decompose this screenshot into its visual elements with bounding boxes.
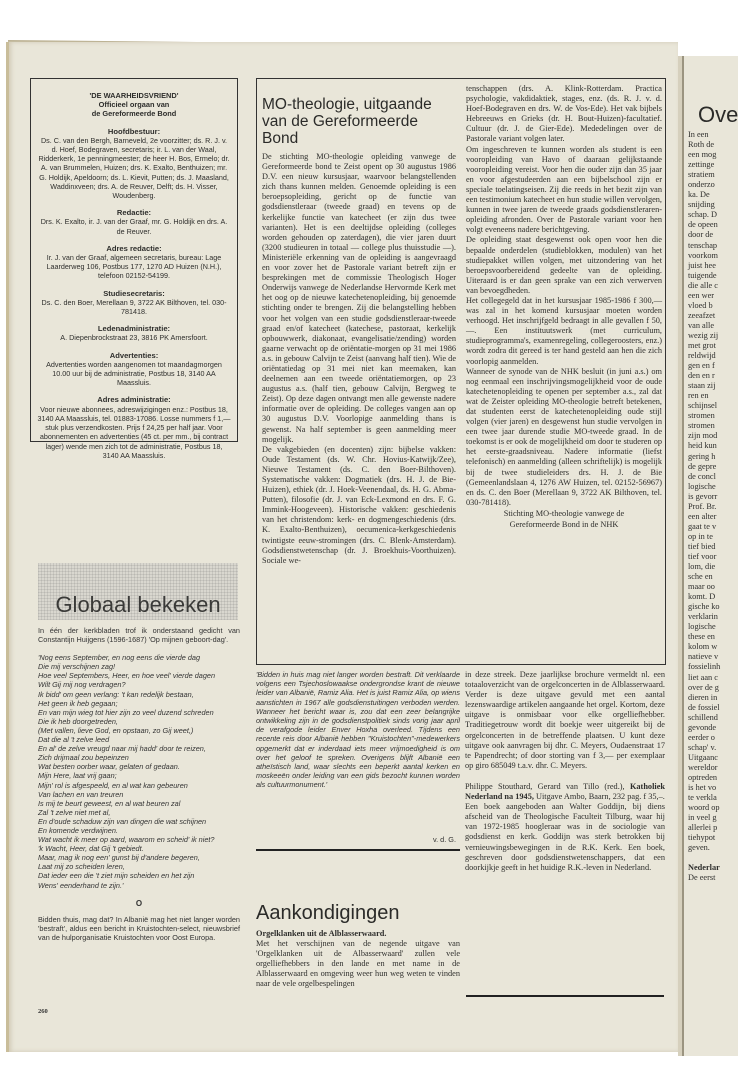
divider-rule — [466, 995, 664, 997]
text-line: gen en f — [688, 361, 738, 371]
globaal-bekeken-body: In één der kerkbladen trof ik onderstaan… — [38, 626, 240, 942]
mo-theologie-column-2: tenschappen (drs. A. Klink-Rotterdam. Pr… — [466, 84, 662, 530]
article-body: De stichting MO-theologie opleiding vanw… — [262, 152, 456, 566]
masthead-subtitle: Officieel orgaan van — [37, 100, 231, 109]
poem-line: Laat mij zo scheiden leren, — [38, 862, 240, 871]
text-line: juist hee — [688, 261, 738, 271]
masthead-section-studiesecretaris: Studiesecretaris: Ds. C. den Boer, Merel… — [37, 289, 231, 317]
poem: 'Nog eens September, en nog eens die vie… — [38, 653, 240, 889]
paragraph: Met het verschijnen van de negende uitga… — [256, 939, 460, 989]
text-line: zijn mod — [688, 431, 738, 441]
text-line: woord op — [688, 803, 738, 813]
text-line: in veel g — [688, 813, 738, 823]
text-line: ren en — [688, 391, 738, 401]
article-body: tenschappen (drs. A. Klink-Rotterdam. Pr… — [466, 84, 662, 530]
book-authors: Philippe Stouthard, Gerard van Tillo (re… — [465, 782, 630, 791]
text-line: is gevorr — [688, 492, 738, 502]
text-line: de concl — [688, 472, 738, 482]
paragraph: De stichting MO-theologie opleiding vanw… — [262, 152, 456, 445]
masthead-section-adres-administratie: Adres administratie: Voor nieuwe abonnee… — [37, 395, 231, 459]
poem-line: Wilt Gij mij nog verdragen? — [38, 680, 240, 689]
poem-line: Die mij verschijnen zag! — [38, 662, 240, 671]
text-line: wereldor — [688, 763, 738, 773]
poem-line: 'Nog eens September, en nog eens die vie… — [38, 653, 240, 662]
masthead-section-hoofdbestuur: Hoofdbestuur: Ds. C. van den Bergh, Barn… — [37, 127, 231, 201]
aankondigingen-body: Orgelklanken uit de Alblasserwaard. Met … — [256, 929, 460, 990]
book-publisher: Uitgave Ambo, Baarn, 232 pag. f 35,–. — [534, 792, 665, 801]
text-line: tief voor — [688, 552, 738, 562]
poem-line: Mijn Here, laat vrij gaan; — [38, 771, 240, 780]
masthead-section-advertenties: Advertenties: Advertenties worden aangen… — [37, 351, 231, 388]
text-line: Prof. Br. — [688, 502, 738, 512]
text-line: optreden — [688, 773, 738, 783]
text-line: staan zij — [688, 381, 738, 391]
text-line: is het vo — [688, 783, 738, 793]
aankondigingen-continued: in deze streek. Deze jaarlijkse brochure… — [465, 670, 665, 873]
paragraph: De vakgebieden (en docenten) zijn: bijbe… — [262, 445, 456, 566]
poem-line: Maar, mag ik nog een' gunst bij d'andere… — [38, 853, 240, 862]
text-line: maar oo — [688, 582, 738, 592]
page-number: 260 — [38, 1008, 48, 1015]
text-line: tuigende — [688, 271, 738, 281]
divider-rule — [256, 849, 460, 851]
text-line: een alter — [688, 512, 738, 522]
text-line: gering h — [688, 452, 738, 462]
paragraph: Om ingeschreven te kunnen worden als stu… — [466, 145, 662, 236]
poem-line: Mijn' rol is afgespeeld, en al wat kan g… — [38, 781, 240, 790]
article-title: MO-theologie, uitgaande van de Gereforme… — [262, 96, 456, 147]
section-heading: Hoofdbestuur: — [37, 127, 231, 136]
intro-paragraph: In één der kerkbladen trof ik onderstaan… — [38, 626, 240, 644]
text-line: Uitgaanc — [688, 753, 738, 763]
poem-line: Ik bidd' om geen verlang: 't kan redelij… — [38, 690, 240, 699]
text-line: stromen — [688, 421, 738, 431]
text-line: gische ko — [688, 602, 738, 612]
masthead-section-ledenadministratie: Ledenadministratie: A. Diepenbrockstraat… — [37, 324, 231, 342]
text-line: schillend — [688, 713, 738, 723]
section-heading: Studiesecretaris: — [37, 289, 231, 298]
section-heading: Adres administratie: — [37, 395, 231, 404]
paragraph: De opleiding staat desgewenst ook open v… — [466, 235, 662, 296]
text-line: gevonde — [688, 723, 738, 733]
masthead-subtitle: de Gereformeerde Bond — [37, 109, 231, 118]
text-line: zettinge — [688, 160, 738, 170]
text-line: allerlei p — [688, 823, 738, 833]
aankondigingen-title: Aankondigingen — [256, 902, 399, 925]
poem-line: Zich drijmaal zou bepeinzen — [38, 753, 240, 762]
paragraph: Wanneer de synode van de NHK besluit (in… — [466, 367, 662, 508]
text-line: over de g — [688, 683, 738, 693]
text-line: verklarin — [688, 612, 738, 622]
poem-line: En komende verdwijnen. — [38, 826, 240, 835]
section-heading: Ledenadministratie: — [37, 324, 231, 333]
section-text: Drs. K. Exalto, ir. J. van der Graaf, mr… — [37, 217, 231, 235]
globaal-bekeken-title: Globaal bekeken — [38, 592, 238, 618]
text-line: te verkla — [688, 793, 738, 803]
text-line: schap. D — [688, 210, 738, 220]
mo-theologie-column-1: MO-theologie, uitgaande van de Gereforme… — [262, 96, 456, 566]
section-heading: Redactie: — [37, 208, 231, 217]
text-line: schap' v. — [688, 743, 738, 753]
poem-line: (Met vallen, lieve God, en opstaan, zo G… — [38, 726, 240, 735]
text-line: voorkom — [688, 251, 738, 261]
text-line: logische — [688, 482, 738, 492]
text-line: snijding — [688, 200, 738, 210]
text-line: ka. De — [688, 190, 738, 200]
poem-line: Wens' eenderhand te zijn.' — [38, 881, 240, 890]
text-line: komt. D — [688, 592, 738, 602]
poem-line: Zal 't zelve niet met al, — [38, 808, 240, 817]
text-line: de gepre — [688, 462, 738, 472]
text-line: op in te — [688, 532, 738, 542]
quote-signature: v. d. G. — [256, 835, 456, 844]
text-line: die alle c — [688, 281, 738, 291]
text-line: sche en — [688, 572, 738, 582]
albania-quote: 'Bidden in huis mag niet langer worden b… — [256, 670, 460, 790]
text-line: tenschap — [688, 241, 738, 251]
poem-line: Dat ieder een die 't ziet mijn scheiden … — [38, 871, 240, 880]
section-heading: Advertenties: — [37, 351, 231, 360]
section-text: A. Diepenbrockstraat 23, 3816 PK Amersfo… — [37, 333, 231, 342]
text-line: schijnsel — [688, 401, 738, 411]
text-line: tiehypot — [688, 833, 738, 843]
section-text: Voor nieuwe abonnees, adreswijzigingen e… — [37, 405, 231, 460]
text-line: van alle — [688, 321, 738, 331]
section-text: Advertenties worden aangenomen tot maand… — [37, 360, 231, 388]
text-line: met grot — [688, 341, 738, 351]
text-line: In een — [688, 130, 738, 140]
poem-line: Die ik heb doorgetreden, — [38, 717, 240, 726]
text-line: tief bied — [688, 542, 738, 552]
text-line: stratiem — [688, 170, 738, 180]
poem-line: Wat wacht ik meer op aard, waarom en sch… — [38, 835, 240, 844]
announcement-heading: Orgelklanken uit de Alblasserwaard. — [256, 929, 460, 939]
text-line: vloed b — [688, 301, 738, 311]
poem-line: En al' de zelve vreugd naar mij hadd' do… — [38, 744, 240, 753]
text-line: fossielinh — [688, 662, 738, 672]
section-separator-icon: O — [38, 899, 240, 908]
text-line: geven. — [688, 843, 738, 853]
paragraph: Het collegegeld dat in het kursusjaar 19… — [466, 296, 662, 367]
masthead-title: 'DE WAARHEIDSVRIEND' — [37, 91, 231, 100]
text-line: dieren in — [688, 693, 738, 703]
book-description: Een boek aangeboden aan Walter Goddijn, … — [465, 802, 665, 873]
outro-paragraph: Bidden thuis, mag dat? In Albanië mag he… — [38, 915, 240, 942]
text-line: gaat te v — [688, 522, 738, 532]
text-line: liet aan c — [688, 673, 738, 683]
text-line: lom, die — [688, 562, 738, 572]
text-line: kolom w — [688, 642, 738, 652]
poem-line: En van mijn wieg tot hier zijn zo veel d… — [38, 708, 240, 717]
poem-line: Dat die al 't zelve leed — [38, 735, 240, 744]
text-line: de fossiel — [688, 703, 738, 713]
text-line: natieve v — [688, 652, 738, 662]
text-line: reldwijd — [688, 351, 738, 361]
book-review: Philippe Stouthard, Gerard van Tillo (re… — [465, 782, 665, 873]
text-line: logische — [688, 622, 738, 632]
text-line: onderzo — [688, 180, 738, 190]
text-line: Roth de — [688, 140, 738, 150]
text-line: De eerst — [688, 873, 738, 883]
article-signature: Stichting MO-theologie vanwege de — [466, 509, 662, 519]
section-text: Ds. C. den Boer, Merellaan 9, 3722 AK Bi… — [37, 298, 231, 316]
poem-line: Van lachen en van treuren — [38, 790, 240, 799]
text-line: eerder o — [688, 733, 738, 743]
masthead-section-redactie: Redactie: Drs. K. Exalto, ir. J. van der… — [37, 208, 231, 236]
text-line: een mog — [688, 150, 738, 160]
poem-line: En d'oude schaduw zijn van dingen die wa… — [38, 817, 240, 826]
article-signature: Gereformeerde Bond in de NHK — [466, 520, 662, 530]
text-line: wezig zij — [688, 331, 738, 341]
paragraph: tenschappen (drs. A. Klink-Rotterdam. Pr… — [466, 84, 662, 145]
text-line: door de — [688, 230, 738, 240]
text-line: heid kun — [688, 441, 738, 451]
text-line: de opeen — [688, 220, 738, 230]
section-text: Ir. J. van der Graaf, algemeen secretari… — [37, 253, 231, 281]
section-heading: Adres redactie: — [37, 244, 231, 253]
poem-line: Wat besten oorber waar, gelaten of gedaa… — [38, 762, 240, 771]
text-line: these en — [688, 632, 738, 642]
poem-line: Het geen ik heb gegaan; — [38, 699, 240, 708]
masthead-section-adres-redactie: Adres redactie: Ir. J. van der Graaf, al… — [37, 244, 231, 281]
section-text: Ds. C. van den Bergh, Barneveld, 2e voor… — [37, 136, 231, 200]
text-line: stromen — [688, 411, 738, 421]
next-page-sliver: Ove In eenRoth deeen mogzettingestratiem… — [682, 56, 738, 1056]
masthead-box: 'DE WAARHEIDSVRIEND' Officieel orgaan va… — [30, 78, 238, 442]
paragraph: in deze streek. Deze jaarlijkse brochure… — [465, 670, 665, 771]
poem-line: 'k Wacht, Heer, dat Gij 't gebiedt. — [38, 844, 240, 853]
next-page-title: Ove — [698, 102, 738, 128]
section-heading: Nederlar — [688, 863, 738, 873]
poem-line: Is mij te beurt geweest, en al wat beure… — [38, 799, 240, 808]
text-line: zeeafzet — [688, 311, 738, 321]
next-page-text: In eenRoth deeen mogzettingestratiemonde… — [688, 130, 738, 883]
text-line: een wer — [688, 291, 738, 301]
poem-line: Hoe veel Septembers, Heer, en hoe veel' … — [38, 671, 240, 680]
text-line: den en r — [688, 371, 738, 381]
